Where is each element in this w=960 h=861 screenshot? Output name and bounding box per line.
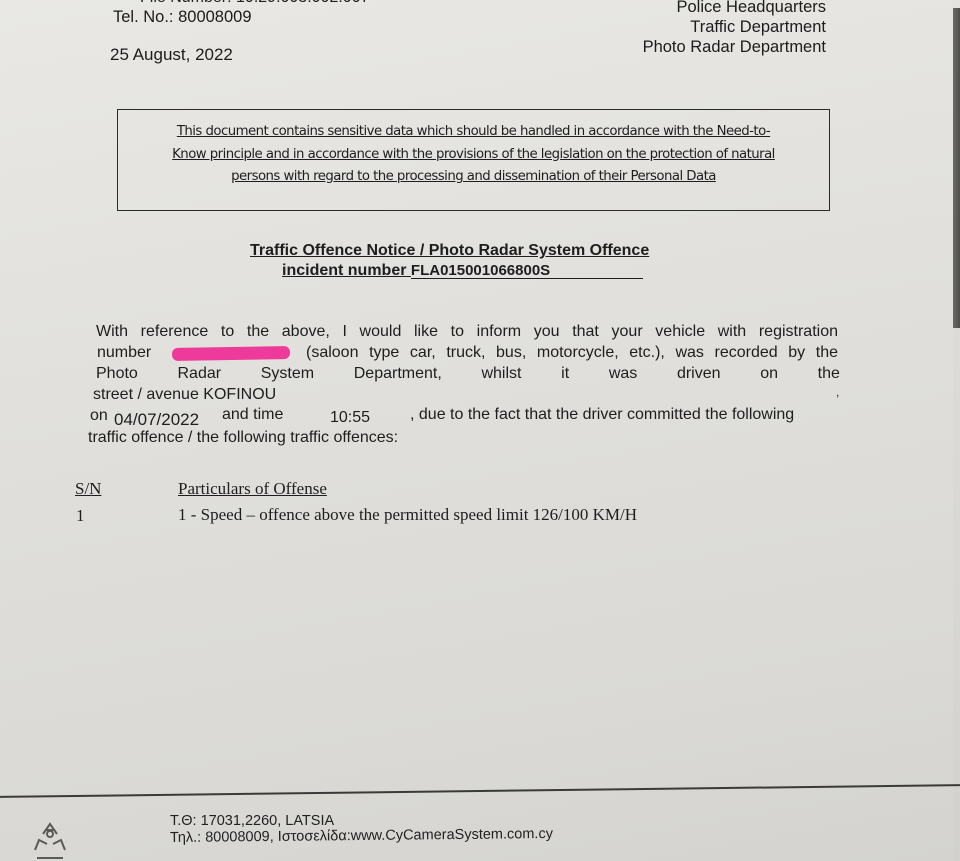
offence-sn: 1 <box>76 506 85 526</box>
org-line-photo-radar-dept: Photo Radar Department <box>643 38 826 57</box>
comma-mark: , <box>836 385 839 399</box>
word: Department, <box>354 365 442 383</box>
offence-time: 10:55 <box>330 409 370 427</box>
body-line-2-rest: (saloon type car, truck, bus, motorcycle… <box>306 344 838 362</box>
street-label: street / avenue <box>93 386 199 403</box>
word: on <box>760 365 778 383</box>
org-line-traffic-dept: Traffic Department <box>690 18 826 37</box>
notice-title: Traffic Offence Notice / Photo Radar Sys… <box>250 242 649 260</box>
footer-divider <box>0 784 960 798</box>
word: Radar <box>177 365 221 383</box>
particulars-column-header: Particulars of Offense <box>178 479 327 499</box>
incident-number-line: incident number FLA015001066800S <box>282 262 643 280</box>
file-number-partial: File Number: 10.29.003.002.007 <box>140 0 369 7</box>
registration-number-redaction <box>172 346 290 361</box>
notice-line-2: Know principle and in accordance with th… <box>118 144 829 167</box>
time-label: and time <box>222 406 283 424</box>
offence-particulars: 1 - Speed – offence above the permitted … <box>178 505 637 525</box>
street-line: street / avenue KOFINOU <box>93 386 276 404</box>
sn-column-header: S/N <box>75 479 101 499</box>
page-edge-shadow <box>953 8 960 328</box>
body-line-5-rest: , due to the fact that the driver commit… <box>410 406 794 424</box>
on-label: on <box>90 407 108 425</box>
telephone-number: Tel. No.: 80008009 <box>113 8 252 27</box>
recycle-icon <box>25 820 75 861</box>
offence-date: 04/07/2022 <box>114 410 199 430</box>
body-line-6: traffic offence / the following traffic … <box>88 429 398 447</box>
word: it <box>561 365 569 383</box>
body-line-3: Photo Radar System Department, whilst it… <box>96 365 840 383</box>
incident-number: FLA015001066800S <box>411 263 643 279</box>
incident-number-label: incident number <box>282 262 406 279</box>
document-page: File Number: 10.29.003.002.007 Tel. No.:… <box>0 0 953 861</box>
street-name: KOFINOU <box>203 386 276 403</box>
org-line-police-hq: Police Headquarters <box>677 0 827 17</box>
word: driven <box>677 365 721 383</box>
notice-line-1: This document contains sensitive data wh… <box>118 121 829 144</box>
document-date: 25 August, 2022 <box>110 45 233 65</box>
footer-contact: Τηλ.: 80008009, Ιστοσελίδα:www.CyCameraS… <box>170 826 553 846</box>
sensitive-data-notice-box: This document contains sensitive data wh… <box>117 109 830 211</box>
sensitive-data-notice: This document contains sensitive data wh… <box>118 121 829 189</box>
body-line-1: With reference to the above, I would lik… <box>96 323 838 341</box>
word: whilst <box>481 365 521 383</box>
notice-line-3: persons with regard to the processing an… <box>118 166 829 189</box>
footer-address: T.Θ: 17031,2260, LATSIA <box>170 813 334 829</box>
word: System <box>261 365 314 383</box>
registration-number-label: number <box>97 344 151 362</box>
word: Photo <box>96 365 138 383</box>
word: was <box>609 365 637 383</box>
word: the <box>818 365 840 383</box>
